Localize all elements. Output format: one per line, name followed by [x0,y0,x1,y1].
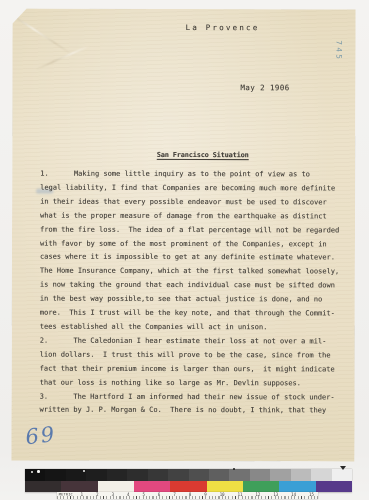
calibration-swatch [107,469,127,481]
calibration-swatch [270,469,290,481]
calibration-swatch [279,481,315,492]
calibration-swatch [127,469,147,481]
grayscale-strip [25,469,352,481]
calibration-swatch [25,481,61,492]
calibration-swatch [332,469,352,481]
calibration-swatch [209,469,229,481]
calibration-swatch [98,481,134,492]
calibration-swatch [291,469,311,481]
ruler-number: 8 [189,492,191,496]
handwritten-page-number: 69 [24,422,57,449]
ruler-scale: METRIC 123456789101112131415 [57,492,318,496]
dust-speck [233,468,235,470]
ruler-number: 14 [291,492,296,496]
ruler-number: 9 [204,492,206,496]
calibration-swatch [250,469,270,481]
ruler-label: METRIC [57,492,73,496]
ruler-number: 1 [81,492,83,496]
calibration-swatch [229,469,249,481]
calibration-swatch [170,481,206,492]
calibration-swatch [189,469,209,481]
letterhead-ship-name: La Provence [186,23,260,32]
document-body: 1. Making some little inquiry as to the … [40,168,340,419]
ruler-number: 15 [309,492,314,496]
ruler-number: 5 [142,492,144,496]
paper-crease [12,15,75,57]
document-paper: La Provence 745 May 2 1906 San Francisco… [11,9,355,462]
metric-ruler: METRIC 123456789101112131415 [57,492,318,499]
calibration-swatch [316,481,352,492]
ruler-number: 3 [112,492,114,496]
calibration-swatch [86,469,106,481]
ruler-number: 2 [96,492,98,496]
photo-frame: La Provence 745 May 2 1906 San Francisco… [0,0,369,500]
dust-speck [31,471,33,473]
calibration-swatch [134,481,170,492]
ruler-number: 4 [127,492,129,496]
ruler-numbers: 123456789101112131415 [75,492,318,496]
dust-speck [83,470,85,472]
calibration-swatch [168,469,188,481]
ruler-number: 6 [158,492,160,496]
ruler-number: 7 [173,492,175,496]
color-calibration-bar [25,469,352,492]
document-title: San Francisco Situation [31,151,369,160]
ruler-number: 12 [255,492,260,496]
calibration-swatch [25,469,45,481]
calibration-swatch [311,469,331,481]
ruler-number: 11 [238,492,243,496]
calibration-swatch [243,481,279,492]
ruler-number: 13 [273,492,278,496]
ruler-number: 10 [220,492,225,496]
date-line: May 2 1906 [240,83,289,92]
calibration-marker [340,466,346,470]
archive-number-stamp: 745 [334,40,343,61]
color-strip [25,481,352,492]
calibration-swatch [207,481,243,492]
calibration-swatch [148,469,168,481]
dust-speck [37,470,40,473]
calibration-swatch [45,469,65,481]
calibration-swatch [61,481,97,492]
